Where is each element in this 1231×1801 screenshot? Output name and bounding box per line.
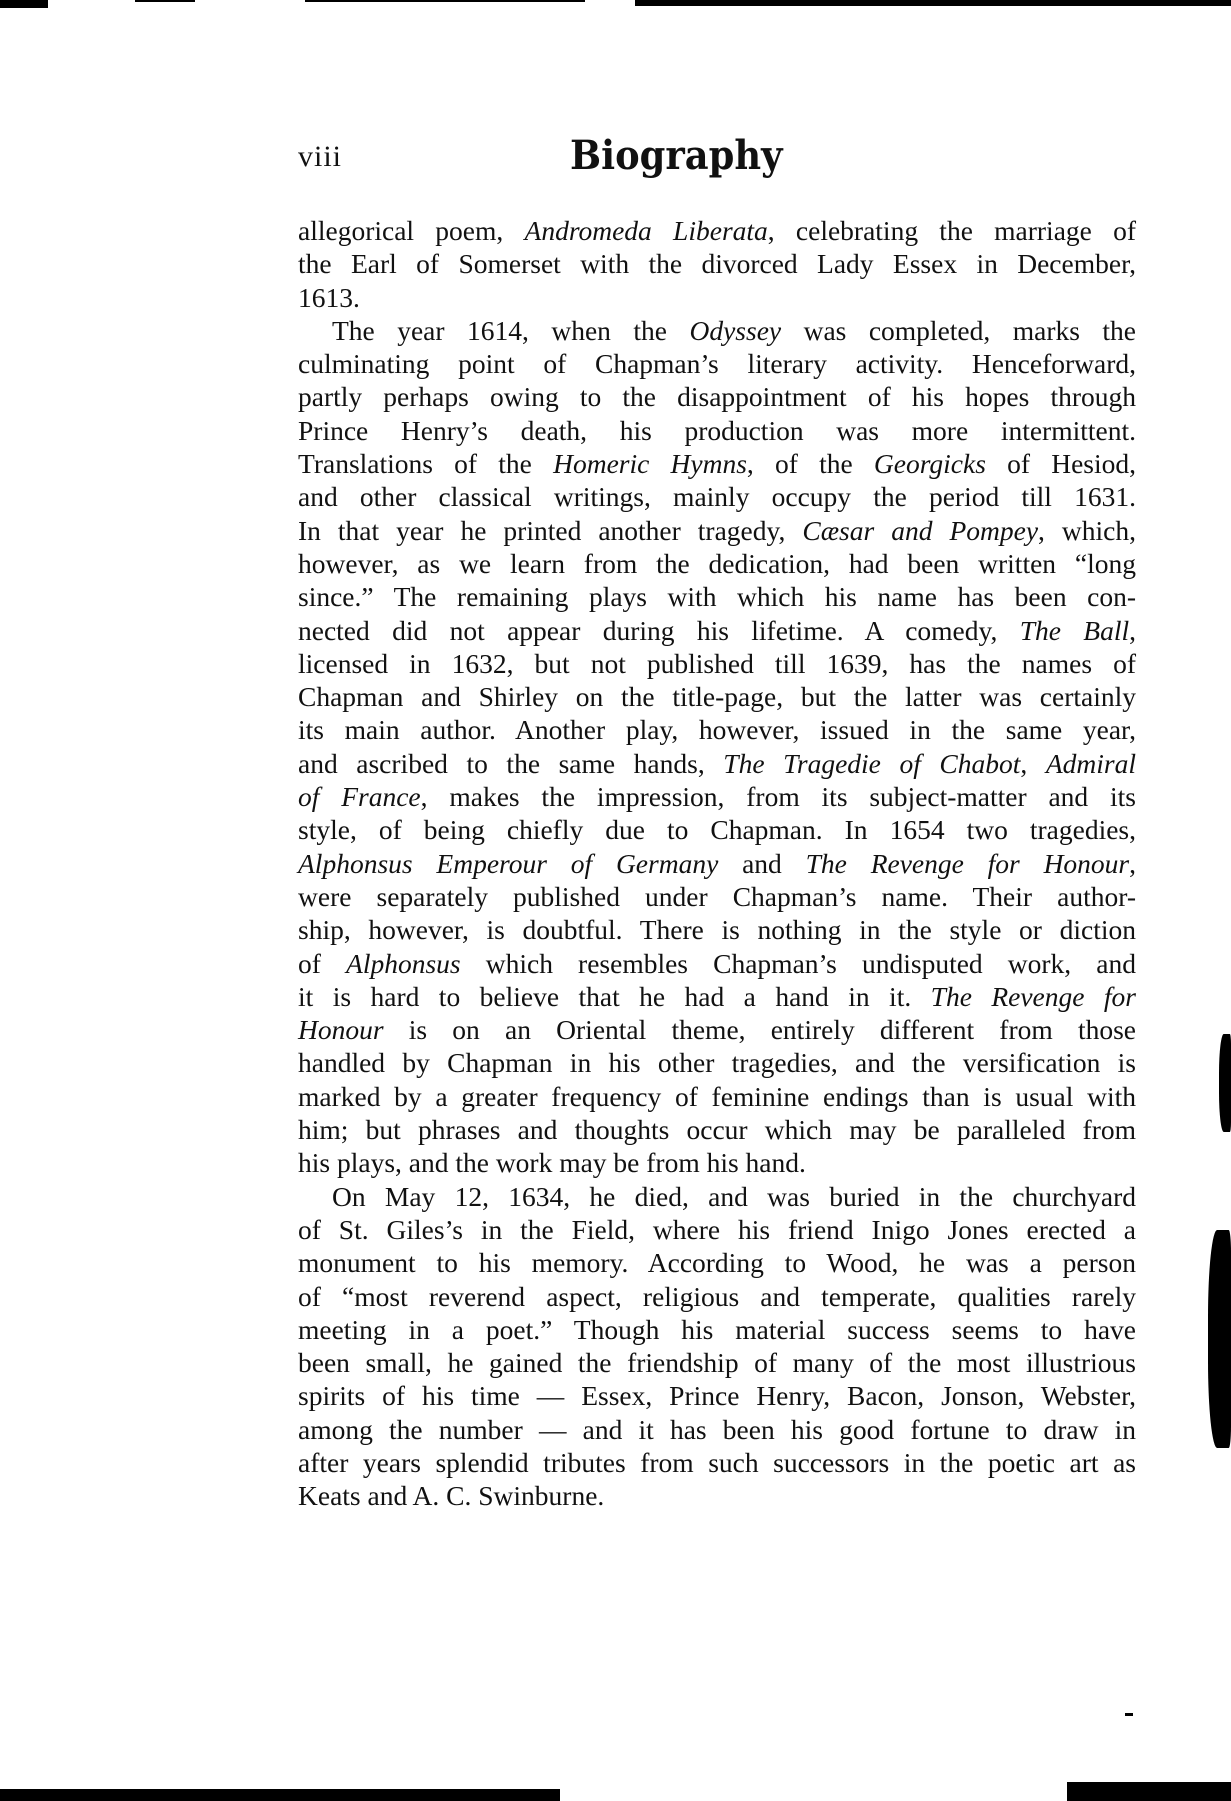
italic-title: The Ball bbox=[1020, 615, 1129, 646]
text-line: marked by a greater frequency of feminin… bbox=[298, 1080, 1136, 1113]
text-line: the Earl of Somerset with the divorced L… bbox=[298, 247, 1136, 280]
text-line: among the number — and it has been his g… bbox=[298, 1413, 1136, 1446]
text-line: of Alphonsus which resembles Chapman’s u… bbox=[298, 947, 1136, 980]
italic-title: Cæsar and Pompey bbox=[802, 515, 1038, 546]
text-segment: the Earl of Somerset with the divorced L… bbox=[298, 248, 1136, 279]
text-segment: Prince Henry’s death, his production was… bbox=[298, 415, 1136, 446]
text-segment: partly perhaps owing to the disappointme… bbox=[298, 381, 1136, 412]
text-line: Keats and A. C. Swinburne. bbox=[298, 1479, 1136, 1512]
text-line: of St. Giles’s in the Field, where his f… bbox=[298, 1213, 1136, 1246]
text-segment: Translations of the bbox=[298, 448, 553, 479]
text-segment: its main author. Another play, however, … bbox=[298, 714, 1136, 745]
text-line: On May 12, 1634, he died, and was buried… bbox=[298, 1180, 1136, 1213]
italic-title: The Revenge for Honour bbox=[806, 848, 1130, 879]
text-segment: , bbox=[1129, 615, 1136, 646]
text-line: and ascribed to the same hands, The Trag… bbox=[298, 747, 1136, 780]
text-segment: of bbox=[298, 948, 346, 979]
text-segment: and other classical writings, mainly occ… bbox=[298, 481, 1136, 512]
text-segment: nected did not appear during his lifetim… bbox=[298, 615, 1020, 646]
text-segment: Chapman and Shirley on the title-page, b… bbox=[298, 681, 1136, 712]
text-line: it is hard to believe that he had a hand… bbox=[298, 980, 1136, 1013]
text-line: of “most reverend aspect, religious and … bbox=[298, 1280, 1136, 1313]
scan-edge-right-mark-1 bbox=[1219, 1034, 1231, 1132]
text-segment: monument to his memory. According to Woo… bbox=[298, 1247, 1136, 1278]
text-segment: were separately published under Chapman’… bbox=[298, 881, 1136, 912]
text-segment: which resembles Chapman’s undisputed wor… bbox=[461, 948, 1136, 979]
text-segment: been small, he gained the friendship of … bbox=[298, 1347, 1136, 1378]
text-segment: spirits of his time — Essex, Prince Henr… bbox=[298, 1380, 1136, 1411]
text-segment: style, of being chiefly due to Chapman. … bbox=[298, 814, 1136, 845]
italic-title: The Revenge for bbox=[931, 981, 1136, 1012]
text-line: him; but phrases and thoughts occur whic… bbox=[298, 1113, 1136, 1146]
text-line: his plays, and the work may be from his … bbox=[298, 1146, 1136, 1179]
text-segment: him; but phrases and thoughts occur whic… bbox=[298, 1114, 1136, 1145]
text-segment: 1613. bbox=[298, 282, 360, 313]
italic-title: Georgicks bbox=[874, 448, 986, 479]
italic-title: Alphonsus Emperour of Germany bbox=[298, 848, 718, 879]
italic-title: The Tragedie of Chabot bbox=[723, 748, 1020, 779]
text-segment: marked by a greater frequency of feminin… bbox=[298, 1081, 1136, 1112]
text-line: been small, he gained the friendship of … bbox=[298, 1346, 1136, 1379]
scan-edge-top-rule-1 bbox=[135, 0, 195, 2]
scan-edge-right-mark-2 bbox=[1208, 1230, 1231, 1448]
text-segment: is on an Oriental theme, entirely differ… bbox=[384, 1014, 1136, 1045]
text-line: Alphonsus Emperour of Germany and The Re… bbox=[298, 847, 1136, 880]
text-segment: In that year he printed another tragedy, bbox=[298, 515, 802, 546]
text-segment: The year 1614, when the bbox=[332, 315, 689, 346]
text-line: nected did not appear during his lifetim… bbox=[298, 614, 1136, 647]
text-line: of France, makes the impression, from it… bbox=[298, 780, 1136, 813]
text-line: ship, however, is doubtful. There is not… bbox=[298, 913, 1136, 946]
text-segment: however, as we learn from the dedication… bbox=[298, 548, 1136, 579]
text-segment: it is hard to believe that he had a hand… bbox=[298, 981, 931, 1012]
text-segment: On May 12, 1634, he died, and was buried… bbox=[332, 1181, 1136, 1212]
text-line: licensed in 1632, but not published till… bbox=[298, 647, 1136, 680]
text-segment: ship, however, is doubtful. There is not… bbox=[298, 914, 1136, 945]
text-segment: Keats and A. C. Swinburne. bbox=[298, 1480, 604, 1511]
text-segment: , celebrating the marriage of bbox=[768, 215, 1136, 246]
stray-mark bbox=[1125, 1713, 1133, 1716]
text-line: its main author. Another play, however, … bbox=[298, 713, 1136, 746]
text-segment: licensed in 1632, but not published till… bbox=[298, 648, 1136, 679]
italic-title: Alphonsus bbox=[346, 948, 461, 979]
text-segment: , of the bbox=[747, 448, 874, 479]
text-line: after years splendid tributes from such … bbox=[298, 1446, 1136, 1479]
text-segment: of St. Giles’s in the Field, where his f… bbox=[298, 1214, 1136, 1245]
text-segment: was completed, marks the bbox=[781, 315, 1136, 346]
scan-edge-top-rule-2 bbox=[305, 0, 585, 2]
text-line: culminating point of Chapman’s literary … bbox=[298, 347, 1136, 380]
scan-edge-top-rule-3 bbox=[635, 0, 1231, 6]
text-line: handled by Chapman in his other tragedie… bbox=[298, 1046, 1136, 1079]
italic-title: Admiral bbox=[1046, 748, 1136, 779]
text-segment: of Hesiod, bbox=[986, 448, 1136, 479]
text-segment: , makes the impression, from its subject… bbox=[421, 781, 1136, 812]
text-segment: culminating point of Chapman’s literary … bbox=[298, 348, 1136, 379]
italic-title: Homeric Hymns bbox=[553, 448, 747, 479]
text-line: partly perhaps owing to the disappointme… bbox=[298, 380, 1136, 413]
text-segment: handled by Chapman in his other tragedie… bbox=[298, 1047, 1136, 1078]
text-line: were separately published under Chapman’… bbox=[298, 880, 1136, 913]
text-segment: among the number — and it has been his g… bbox=[298, 1414, 1136, 1445]
text-line: allegorical poem, Andromeda Liberata, ce… bbox=[298, 214, 1136, 247]
scan-edge-bottom-right bbox=[1067, 1782, 1231, 1801]
text-segment: after years splendid tributes from such … bbox=[298, 1447, 1136, 1478]
italic-title: Andromeda Liberata bbox=[525, 215, 768, 246]
text-segment: meeting in a poet.” Though his material … bbox=[298, 1314, 1136, 1345]
text-segment: allegorical poem, bbox=[298, 215, 525, 246]
italic-title: Odyssey bbox=[689, 315, 781, 346]
scan-edge-bottom-left bbox=[0, 1789, 560, 1801]
text-segment: , bbox=[1129, 848, 1136, 879]
text-line: style, of being chiefly due to Chapman. … bbox=[298, 813, 1136, 846]
italic-title: of France bbox=[298, 781, 421, 812]
text-line: Chapman and Shirley on the title-page, b… bbox=[298, 680, 1136, 713]
text-line: however, as we learn from the dedication… bbox=[298, 547, 1136, 580]
text-line: The year 1614, when the Odyssey was comp… bbox=[298, 314, 1136, 347]
page-number: viii bbox=[298, 140, 342, 174]
text-segment: since.” The remaining plays with which h… bbox=[298, 581, 1136, 612]
text-segment: , bbox=[1020, 748, 1045, 779]
italic-title: Honour bbox=[298, 1014, 384, 1045]
text-line: since.” The remaining plays with which h… bbox=[298, 580, 1136, 613]
running-head-title: Biography bbox=[570, 132, 782, 179]
text-segment: , which, bbox=[1038, 515, 1136, 546]
text-segment: and bbox=[718, 848, 805, 879]
text-segment: his plays, and the work may be from his … bbox=[298, 1147, 806, 1178]
text-segment: of “most reverend aspect, religious and … bbox=[298, 1281, 1136, 1312]
text-line: 1613. bbox=[298, 281, 1136, 314]
text-line: and other classical writings, mainly occ… bbox=[298, 480, 1136, 513]
body-text: allegorical poem, Andromeda Liberata, ce… bbox=[298, 214, 1136, 1513]
text-line: spirits of his time — Essex, Prince Henr… bbox=[298, 1379, 1136, 1412]
text-line: Honour is on an Oriental theme, entirely… bbox=[298, 1013, 1136, 1046]
text-line: monument to his memory. According to Woo… bbox=[298, 1246, 1136, 1279]
text-line: Prince Henry’s death, his production was… bbox=[298, 414, 1136, 447]
text-line: In that year he printed another tragedy,… bbox=[298, 514, 1136, 547]
text-line: Translations of the Homeric Hymns, of th… bbox=[298, 447, 1136, 480]
text-segment: and ascribed to the same hands, bbox=[298, 748, 723, 779]
text-line: meeting in a poet.” Though his material … bbox=[298, 1313, 1136, 1346]
scan-edge-top-left bbox=[0, 0, 48, 8]
